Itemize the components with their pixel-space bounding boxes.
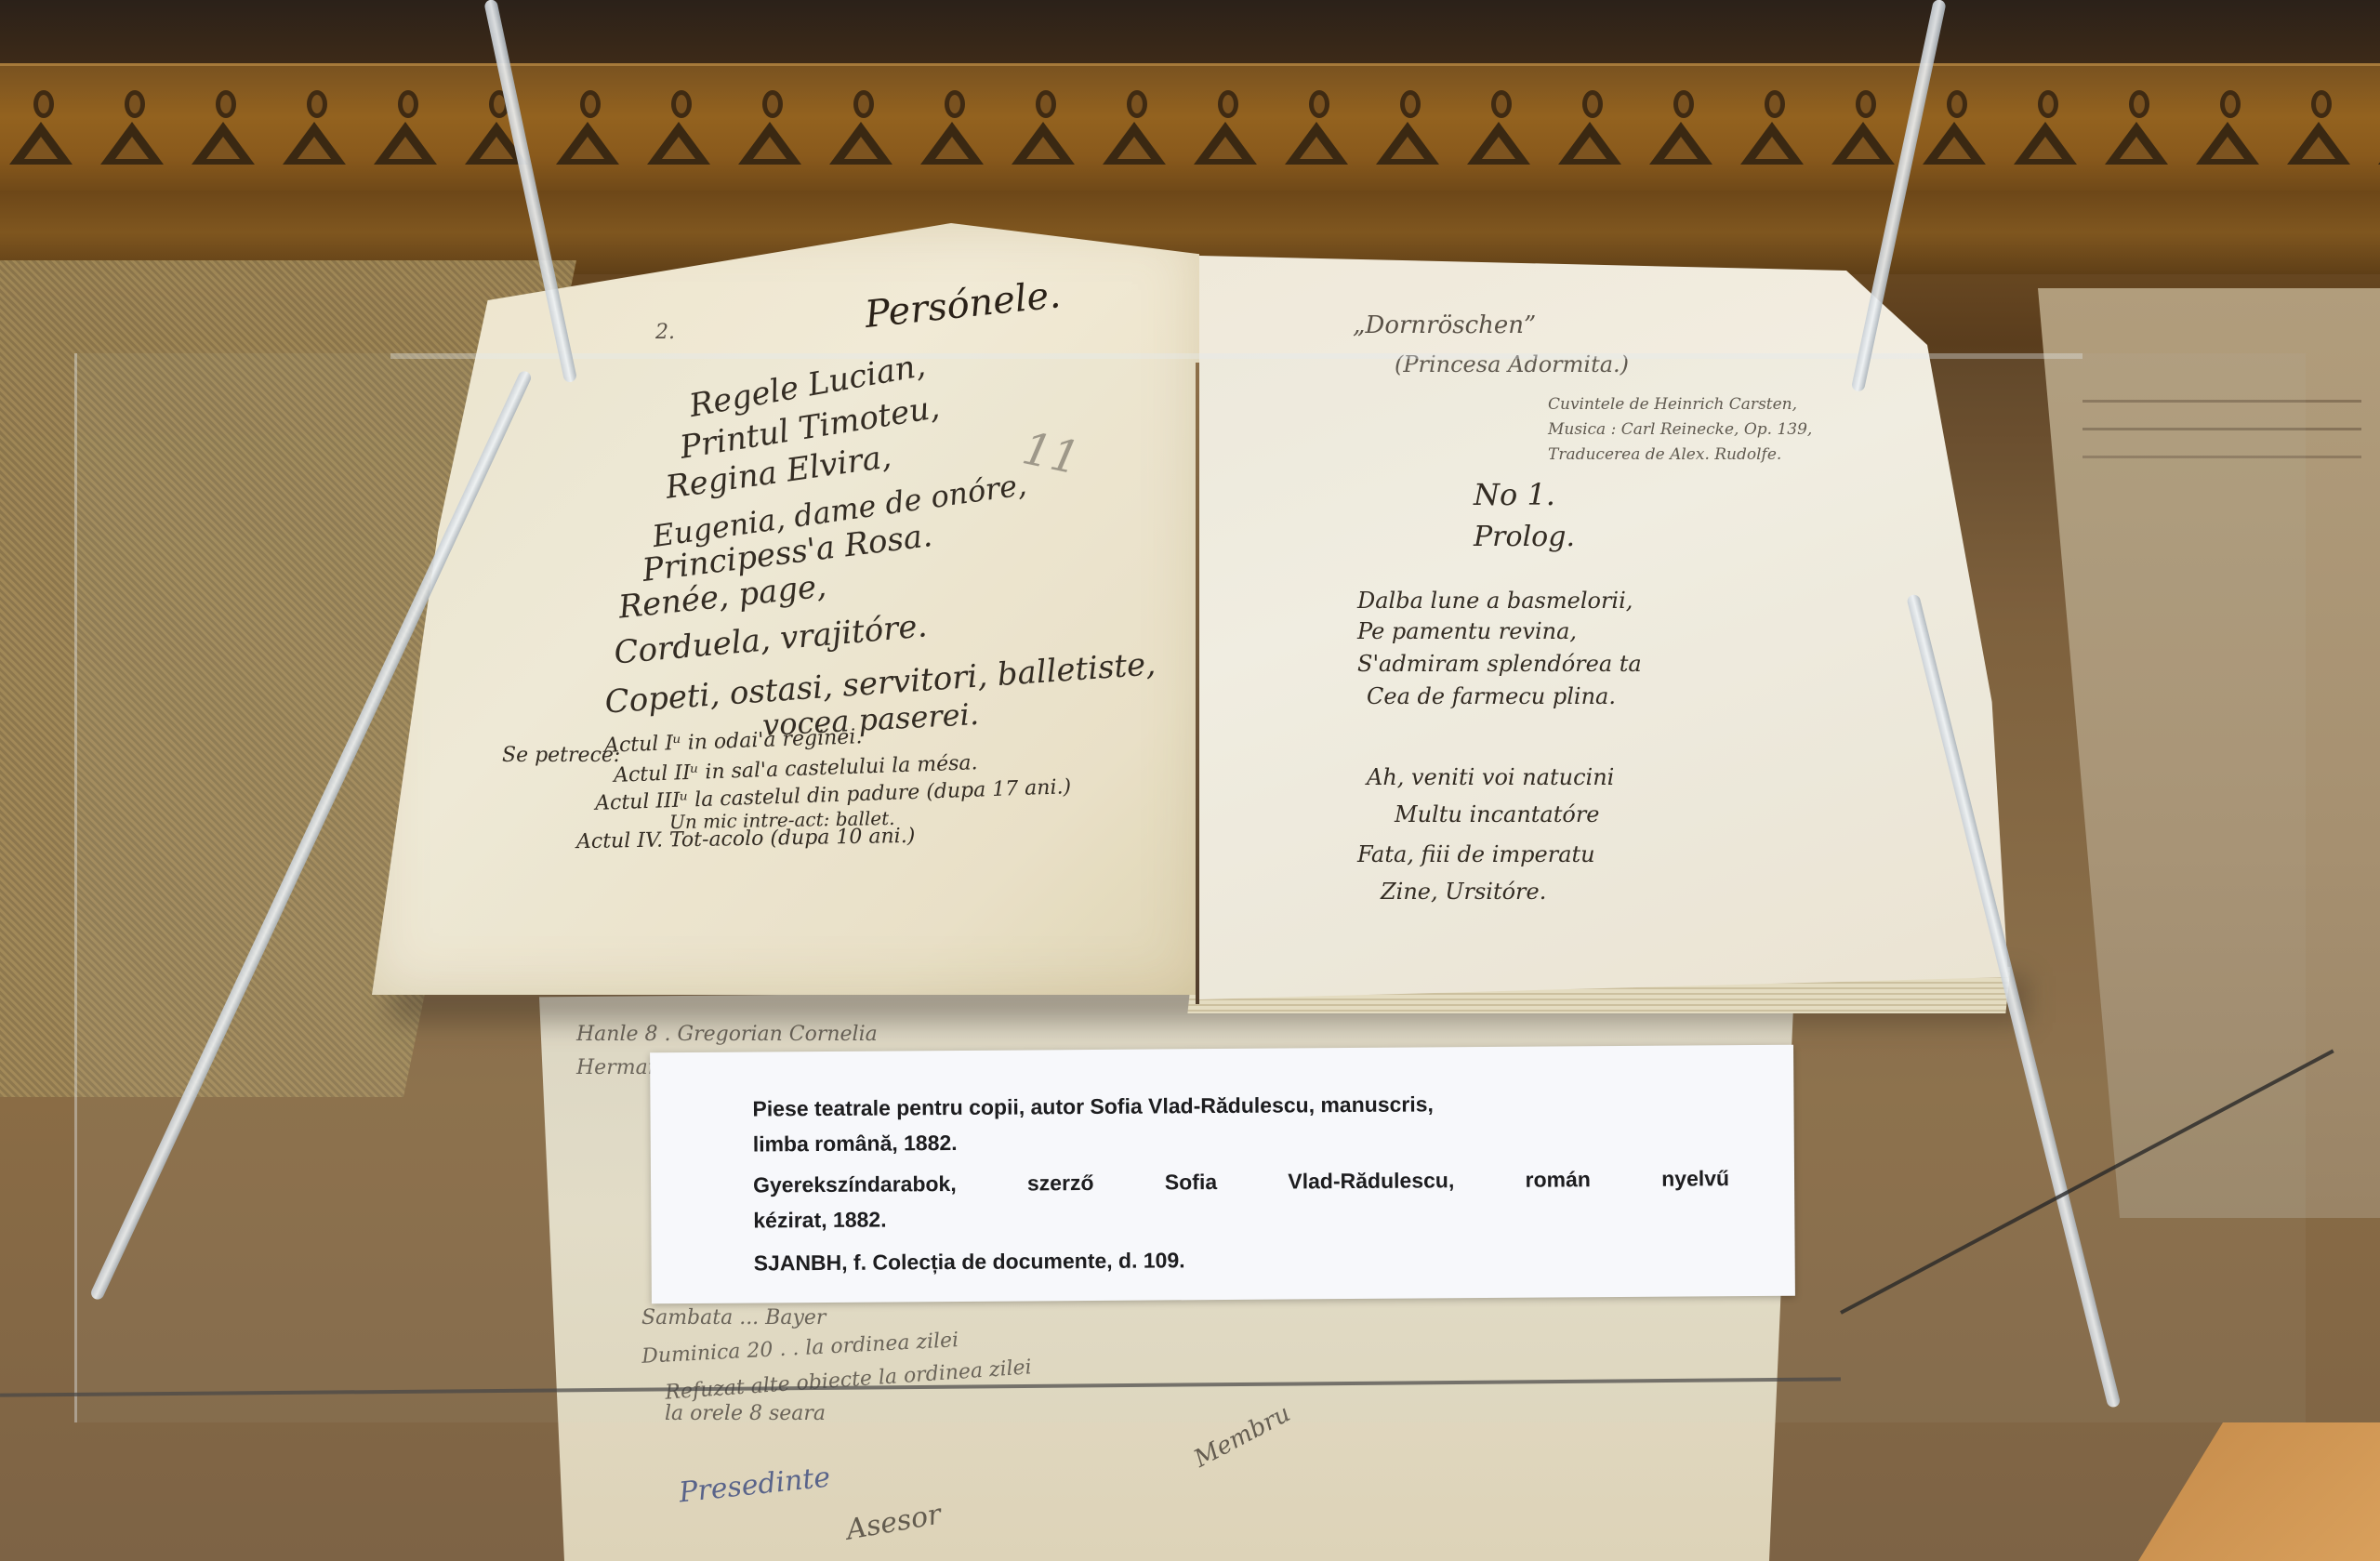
carved-oval-icon: [762, 90, 783, 118]
carved-oval-icon: [2129, 90, 2149, 118]
carved-oval-icon: [125, 90, 145, 118]
frieze-triangle-oval-motif: [91, 85, 182, 178]
frieze-triangle-oval-motif: [547, 85, 638, 178]
frieze-triangle-oval-motif: [2369, 85, 2380, 178]
carved-oval-icon: [1400, 90, 1421, 118]
carved-oval-icon: [671, 90, 692, 118]
carved-oval-icon: [1491, 90, 1512, 118]
carved-triangle-icon: [2105, 122, 2168, 165]
carved-oval-icon: [1582, 90, 1603, 118]
frieze-triangle-oval-motif: [273, 85, 364, 178]
carved-wood-frieze: [0, 63, 2380, 193]
carved-oval-icon: [398, 90, 418, 118]
carved-triangle-icon: [2014, 122, 2077, 165]
carved-oval-icon: [1947, 90, 1967, 118]
wooden-floor: [2138, 1422, 2380, 1561]
frieze-triangle-oval-motif: [1276, 85, 1367, 178]
work-title: „Dornröschen”: [1353, 311, 1536, 339]
carved-triangle-icon: [1103, 122, 1166, 165]
carved-triangle-icon: [100, 122, 164, 165]
carved-oval-icon: [1127, 90, 1147, 118]
carved-oval-icon: [853, 90, 874, 118]
carved-triangle-icon: [2196, 122, 2259, 165]
carved-triangle-icon: [192, 122, 255, 165]
frieze-triangle-oval-motif: [1549, 85, 1640, 178]
carved-oval-icon: [33, 90, 54, 118]
carved-triangle-icon: [1558, 122, 1621, 165]
carved-oval-icon: [2038, 90, 2058, 118]
frieze-triangle-oval-motif: [456, 85, 547, 178]
carved-triangle-icon: [738, 122, 801, 165]
carved-triangle-icon: [1649, 122, 1712, 165]
carved-triangle-icon: [647, 122, 710, 165]
signature: Asesor: [844, 1498, 944, 1546]
label-romanian-line2: limba română, 1882.: [753, 1119, 1729, 1161]
carved-oval-icon: [1218, 90, 1238, 118]
carved-triangle-icon: [1285, 122, 1348, 165]
frieze-triangle-oval-motif: [911, 85, 1002, 178]
signature-blue: Presedinte: [678, 1462, 832, 1510]
frieze-triangle-oval-motif: [1913, 85, 2004, 178]
dark-wood-cornice: [0, 0, 2380, 65]
page-number: 2.: [655, 321, 675, 344]
frieze-triangle-oval-motif: [0, 85, 91, 178]
carved-oval-icon: [307, 90, 327, 118]
carved-triangle-icon: [556, 122, 619, 165]
frieze-triangle-oval-motif: [729, 85, 820, 178]
frieze-triangle-oval-motif: [820, 85, 911, 178]
carved-triangle-icon: [374, 122, 437, 165]
carved-triangle-icon: [920, 122, 984, 165]
carved-triangle-icon: [829, 122, 892, 165]
carved-oval-icon: [1673, 90, 1694, 118]
carved-triangle-icon: [9, 122, 73, 165]
exhibit-label-card: Piese teatrale pentru copii, autor Sofia…: [650, 1045, 1795, 1304]
carved-triangle-icon: [1376, 122, 1439, 165]
carved-oval-icon: [1309, 90, 1329, 118]
frieze-motif-row: [0, 85, 2380, 178]
carved-triangle-icon: [1740, 122, 1804, 165]
carved-triangle-icon: [1194, 122, 1257, 165]
carved-triangle-icon: [1467, 122, 1530, 165]
carved-oval-icon: [2220, 90, 2241, 118]
carved-triangle-icon: [1923, 122, 1986, 165]
label-romanian: Piese teatrale pentru copii, autor Sofia…: [752, 1084, 1729, 1161]
frieze-triangle-oval-motif: [2096, 85, 2187, 178]
frieze-triangle-oval-motif: [1184, 85, 1276, 178]
label-hungarian-line1: Gyerekszíndarabok, szerző Sofia Vlad-Răd…: [753, 1160, 1729, 1202]
frieze-triangle-oval-motif: [1731, 85, 1822, 178]
carved-triangle-icon: [283, 122, 346, 165]
label-hungarian: Gyerekszíndarabok, szerző Sofia Vlad-Răd…: [753, 1160, 1730, 1237]
frieze-triangle-oval-motif: [2278, 85, 2369, 178]
carved-oval-icon: [2311, 90, 2332, 118]
carved-oval-icon: [945, 90, 965, 118]
frieze-triangle-oval-motif: [364, 85, 456, 178]
frieze-triangle-oval-motif: [1367, 85, 1458, 178]
frieze-triangle-oval-motif: [1640, 85, 1731, 178]
carved-oval-icon: [580, 90, 601, 118]
carved-oval-icon: [1856, 90, 1876, 118]
carved-triangle-icon: [1831, 122, 1895, 165]
frieze-triangle-oval-motif: [1458, 85, 1549, 178]
label-hungarian-line2: kézirat, 1882.: [753, 1196, 1729, 1237]
label-archive-reference: SJANBH, f. Colecția de documente, d. 109…: [754, 1238, 1730, 1280]
carved-oval-icon: [1765, 90, 1785, 118]
frieze-triangle-oval-motif: [2187, 85, 2278, 178]
glass-case-top-edge: [390, 353, 2082, 359]
frieze-triangle-oval-motif: [1002, 85, 1093, 178]
frieze-triangle-oval-motif: [2004, 85, 2096, 178]
frieze-triangle-oval-motif: [182, 85, 273, 178]
frieze-triangle-oval-motif: [1093, 85, 1184, 178]
carved-triangle-icon: [1011, 122, 1075, 165]
carved-triangle-icon: [2287, 122, 2350, 165]
frieze-triangle-oval-motif: [638, 85, 729, 178]
museum-display-photo: Hanle 8 . Gregorian Cornelia Herman 9 . …: [0, 0, 2380, 1561]
carved-oval-icon: [1036, 90, 1056, 118]
carved-oval-icon: [216, 90, 236, 118]
